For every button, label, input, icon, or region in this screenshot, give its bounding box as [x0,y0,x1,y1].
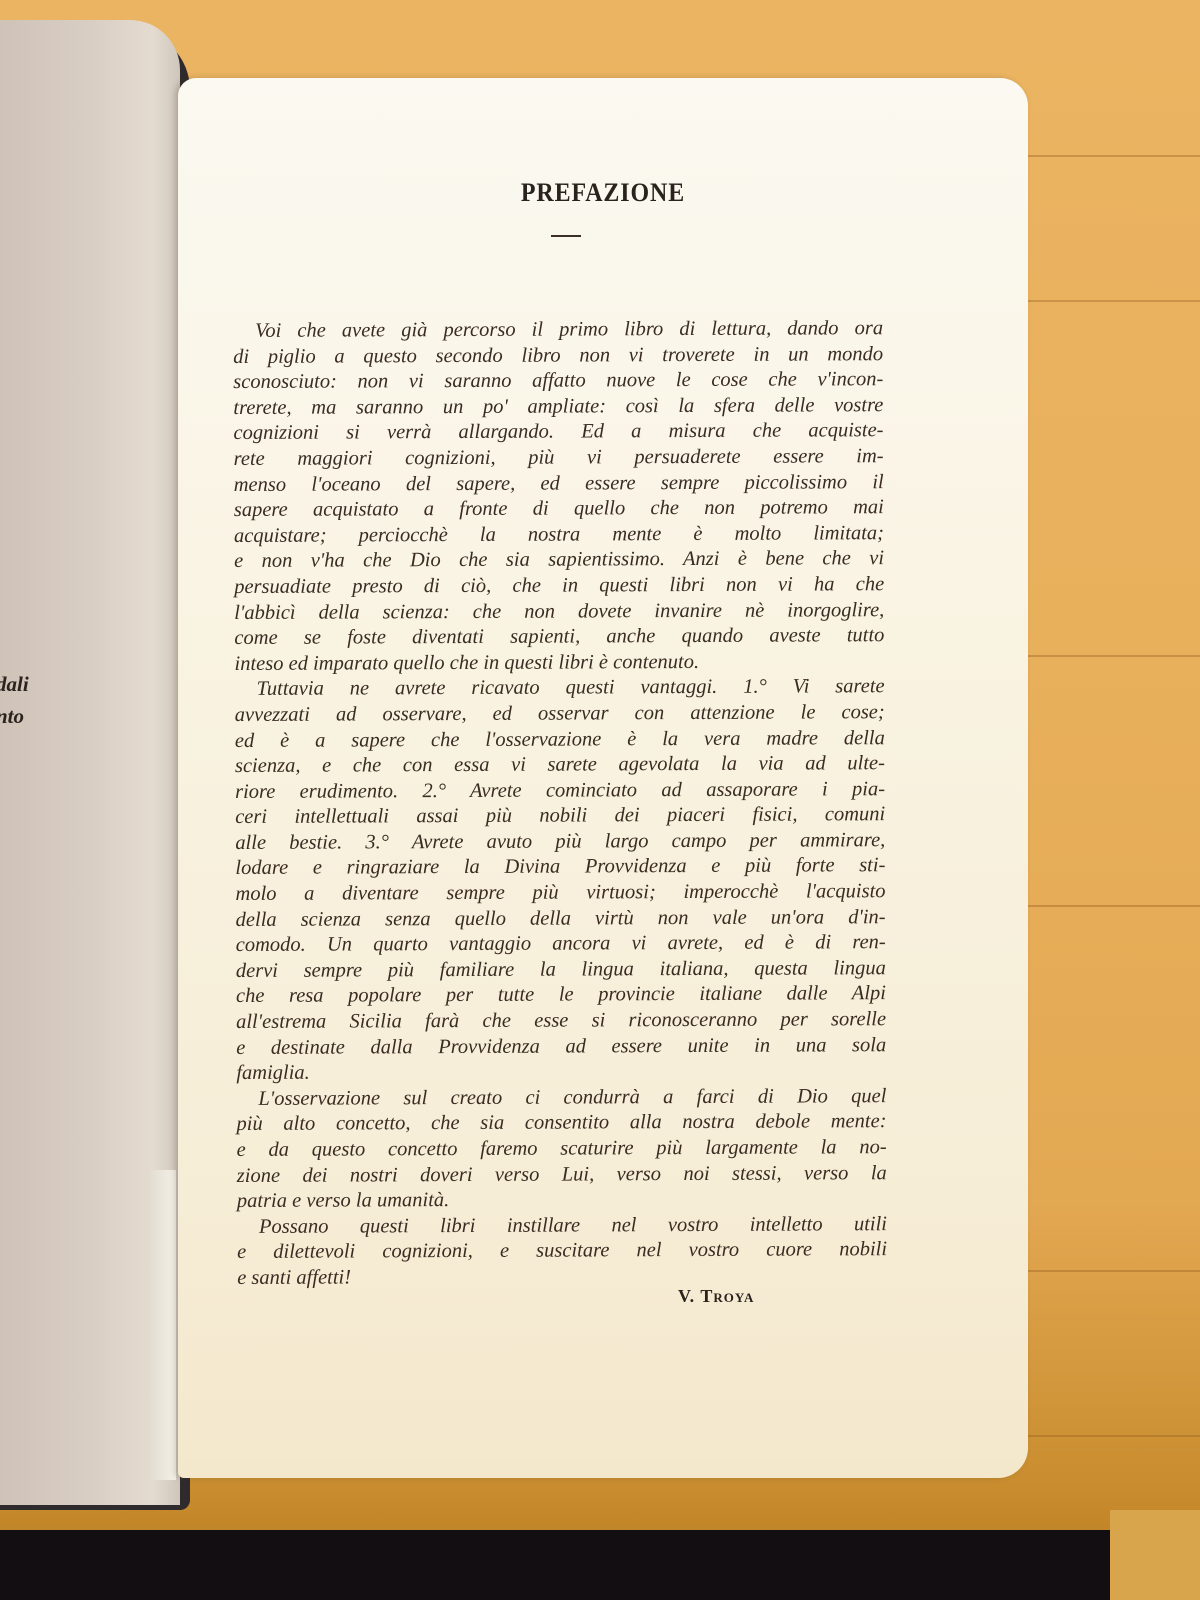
text-line: e santi affetti! [237,1263,887,1291]
wood-grain-line [1020,1435,1200,1437]
text-line: persuadiate presto di ciò, che in questi… [234,572,884,600]
text-line: ceri intellettuali assai più nobili dei … [235,802,885,830]
wood-grain-line [1020,155,1200,157]
text-line: rete maggiori cognizioni, più vi persuad… [234,444,884,472]
text-line: Tuttavia ne avrete ricavato questi vanta… [235,674,885,702]
page-edge-stack [150,1170,178,1480]
text-line: della scienza senza quello della virtù n… [236,905,886,933]
text-line: ed è a sapere che l'osservazione è la ve… [235,726,885,754]
left-page-fragment: dali [0,668,29,700]
text-line: comodo. Un quarto vantaggio ancora vi av… [236,930,886,958]
text-line: come se foste diventati sapienti, anche … [234,623,884,651]
text-line: Possano questi libri instillare nel vost… [237,1212,887,1240]
text-line: avvezzati ad osservare, ed osservar con … [235,700,885,728]
right-page: PREFAZIONE Voi che avete già percorso il… [178,78,1028,1478]
text-line: e dilettevoli cognizioni, e suscitare ne… [237,1238,887,1266]
text-line: alle bestie. 3.° Avrete avuto più largo … [235,828,885,856]
wood-grain-line [1020,905,1200,907]
page-title: PREFAZIONE [212,178,994,208]
text-line: più alto concetto, che sia consentito al… [236,1110,886,1138]
text-line: zione dei nostri doveri verso Lui, verso… [237,1161,887,1189]
text-line: all'estrema Sicilia farà che esse si ric… [236,1007,886,1035]
text-line: sconosciuto: non vi saranno affatto nuov… [233,367,883,395]
text-line: dervi sempre più familiare la lingua ita… [236,956,886,984]
text-line: cognizioni si verrà allargando. Ed a mis… [233,419,883,447]
text-line: l'abbicì della scienza: che non dovete i… [234,598,884,626]
text-line: Voi che avete già percorso il primo libr… [233,316,883,344]
text-line: e destinate dalla Provvidenza ad essere … [236,1033,886,1061]
title-rule [551,235,581,237]
text-line: menso l'oceano del sapere, ed essere sem… [234,470,884,498]
text-line: scienza, e che con essa vi sarete agevol… [235,751,885,779]
text-line: e da questo concetto faremo scaturire pi… [237,1135,887,1163]
text-line: famiglia. [236,1058,886,1086]
author-signature: V. Troya [678,1286,754,1307]
text-line: inteso ed imparato quello che in questi … [234,649,884,677]
text-line: lodare e ringraziare la Divina Provviden… [235,854,885,882]
text-line: L'osservazione sul creato ci condurrà a … [236,1084,886,1112]
preface-body: Voi che avete già percorso il primo libr… [233,316,887,1291]
table-shadow [0,1530,1110,1600]
text-line: molo a diventare sempre più virtuosi; im… [235,879,885,907]
wood-grain-line [1020,655,1200,657]
text-line: riore erudimento. 2.° Avrete cominciato … [235,777,885,805]
left-page-fragment: nto [0,700,24,732]
text-line: sapere acquistato a fronte di quello che… [234,495,884,523]
text-line: e non v'ha che Dio che sia sapientissimo… [234,547,884,575]
table-wood-corner [1110,1510,1200,1600]
wood-grain-line [1020,300,1200,302]
text-line: acquistare; perciocchè la nostra mente è… [234,521,884,549]
text-line: che resa popolare per tutte le provincie… [236,982,886,1010]
text-line: di piglio a questo secondo libro non vi … [233,342,883,370]
wood-grain-line [1020,1270,1200,1272]
text-line: trerete, ma saranno un po' ampliate: cos… [233,393,883,421]
text-line: patria e verso la umanità. [237,1186,887,1214]
